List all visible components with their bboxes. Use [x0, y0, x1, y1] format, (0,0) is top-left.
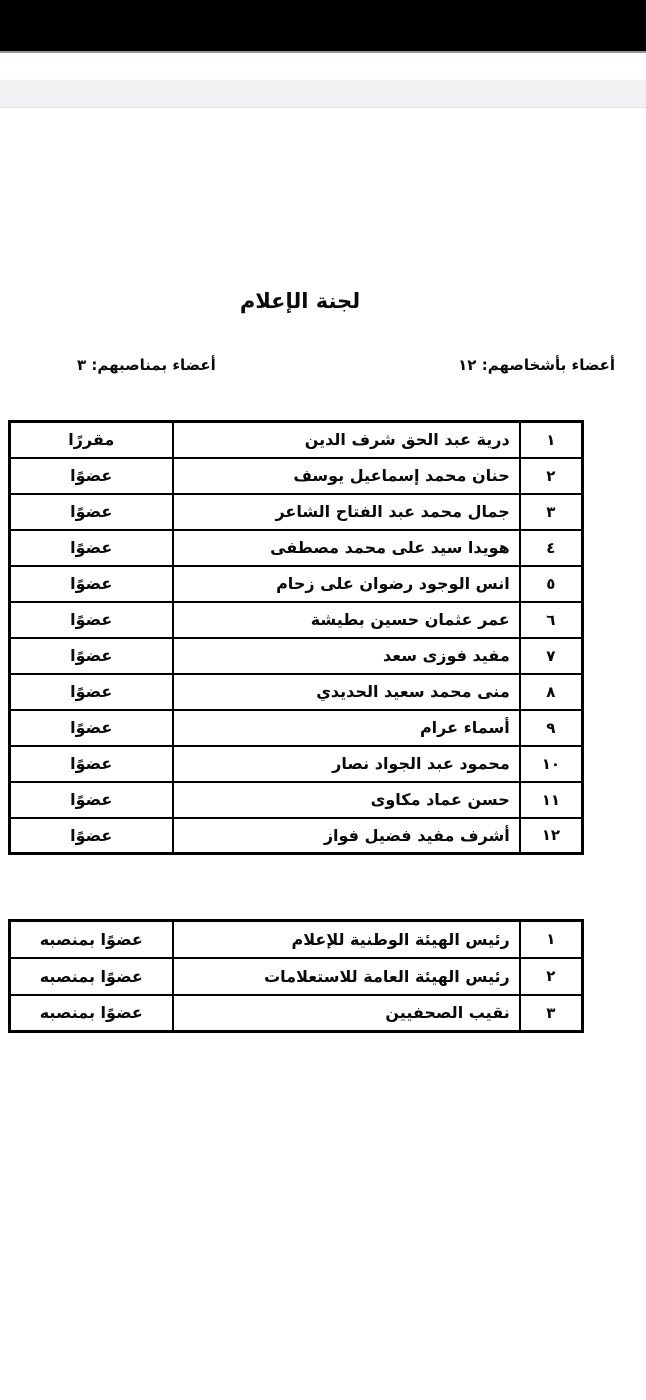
table-row: ١ درية عبد الحق شرف الدين مقررًا: [10, 422, 583, 458]
table-row: ١ رئيس الهيئة الوطنية للإعلام عضوًا بمنص…: [10, 921, 583, 958]
table-row: ١٢ أشرف مفيد فضيل فواز عضوًا: [10, 818, 583, 854]
member-name: محمود عبد الجواد نصار: [173, 746, 520, 782]
member-role: عضوًا: [10, 746, 173, 782]
member-name: حنان محمد إسماعيل يوسف: [173, 458, 520, 494]
member-number: ٨: [520, 674, 583, 710]
member-role: عضوًا: [10, 458, 173, 494]
members-by-position-heading: أعضاء بمناصبهم: ٣: [77, 356, 216, 374]
member-name: هويدا سيد على محمد مصطفى: [173, 530, 520, 566]
member-name: عمر عثمان حسين بطيشة: [173, 602, 520, 638]
table-row: ٧ مفيد فوزى سعد عضوًا: [10, 638, 583, 674]
member-name: مفيد فوزى سعد: [173, 638, 520, 674]
member-number: ١٢: [520, 818, 583, 854]
position-number: ٢: [520, 958, 583, 995]
member-role: عضوًا: [10, 602, 173, 638]
member-role: عضوًا: [10, 782, 173, 818]
member-name: أسماء عرام: [173, 710, 520, 746]
member-name: أشرف مفيد فضيل فواز: [173, 818, 520, 854]
member-number: ١: [520, 422, 583, 458]
table-row: ٢ حنان محمد إسماعيل يوسف عضوًا: [10, 458, 583, 494]
member-number: ٥: [520, 566, 583, 602]
member-name: حسن عماد مكاوى: [173, 782, 520, 818]
position-number: ٣: [520, 995, 583, 1032]
viewer-toolbar: [0, 79, 646, 108]
member-number: ٢: [520, 458, 583, 494]
members-by-person-heading: أعضاء بأشخاصهم: ١٢: [458, 356, 615, 374]
table-row: ١١ حسن عماد مكاوى عضوًا: [10, 782, 583, 818]
table-row: ٣ جمال محمد عبد الفتاح الشاعر عضوًا: [10, 494, 583, 530]
member-name: جمال محمد عبد الفتاح الشاعر: [173, 494, 520, 530]
member-number: ٤: [520, 530, 583, 566]
members-table: ١ درية عبد الحق شرف الدين مقررًا ٢ حنان …: [8, 420, 584, 855]
position-number: ١: [520, 921, 583, 958]
table-row: ٢ رئيس الهيئة العامة للاستعلامات عضوًا ب…: [10, 958, 583, 995]
member-role: عضوًا: [10, 818, 173, 854]
committee-title: لجنة الإعلام: [0, 289, 600, 313]
table-row: ٦ عمر عثمان حسين بطيشة عضوًا: [10, 602, 583, 638]
document-page: لجنة الإعلام أعضاء بأشخاصهم: ١٢ أعضاء بم…: [0, 0, 646, 1400]
table-row: ٥ انس الوجود رضوان على زحام عضوًا: [10, 566, 583, 602]
position-role: عضوًا بمنصبه: [10, 921, 173, 958]
member-name: انس الوجود رضوان على زحام: [173, 566, 520, 602]
position-role: عضوًا بمنصبه: [10, 995, 173, 1032]
position-name: رئيس الهيئة الوطنية للإعلام: [173, 921, 520, 958]
member-role: عضوًا: [10, 674, 173, 710]
position-name: رئيس الهيئة العامة للاستعلامات: [173, 958, 520, 995]
position-name: نقيب الصحفيين: [173, 995, 520, 1032]
member-role: عضوًا: [10, 710, 173, 746]
member-role: عضوًا: [10, 494, 173, 530]
member-number: ٧: [520, 638, 583, 674]
member-role: عضوًا: [10, 638, 173, 674]
member-role: مقررًا: [10, 422, 173, 458]
member-name: منى محمد سعيد الحديدي: [173, 674, 520, 710]
table-row: ١٠ محمود عبد الجواد نصار عضوًا: [10, 746, 583, 782]
table-row: ٨ منى محمد سعيد الحديدي عضوًا: [10, 674, 583, 710]
member-number: ١٠: [520, 746, 583, 782]
position-role: عضوًا بمنصبه: [10, 958, 173, 995]
member-role: عضوًا: [10, 530, 173, 566]
member-number: ٩: [520, 710, 583, 746]
table-row: ٤ هويدا سيد على محمد مصطفى عضوًا: [10, 530, 583, 566]
table-row: ٩ أسماء عرام عضوًا: [10, 710, 583, 746]
positions-table: ١ رئيس الهيئة الوطنية للإعلام عضوًا بمنص…: [8, 919, 584, 1033]
member-role: عضوًا: [10, 566, 173, 602]
member-number: ١١: [520, 782, 583, 818]
member-name: درية عبد الحق شرف الدين: [173, 422, 520, 458]
top-bar-divider: [0, 51, 646, 53]
member-number: ٣: [520, 494, 583, 530]
table-row: ٣ نقيب الصحفيين عضوًا بمنصبه: [10, 995, 583, 1032]
member-number: ٦: [520, 602, 583, 638]
top-black-bar: [0, 0, 646, 51]
